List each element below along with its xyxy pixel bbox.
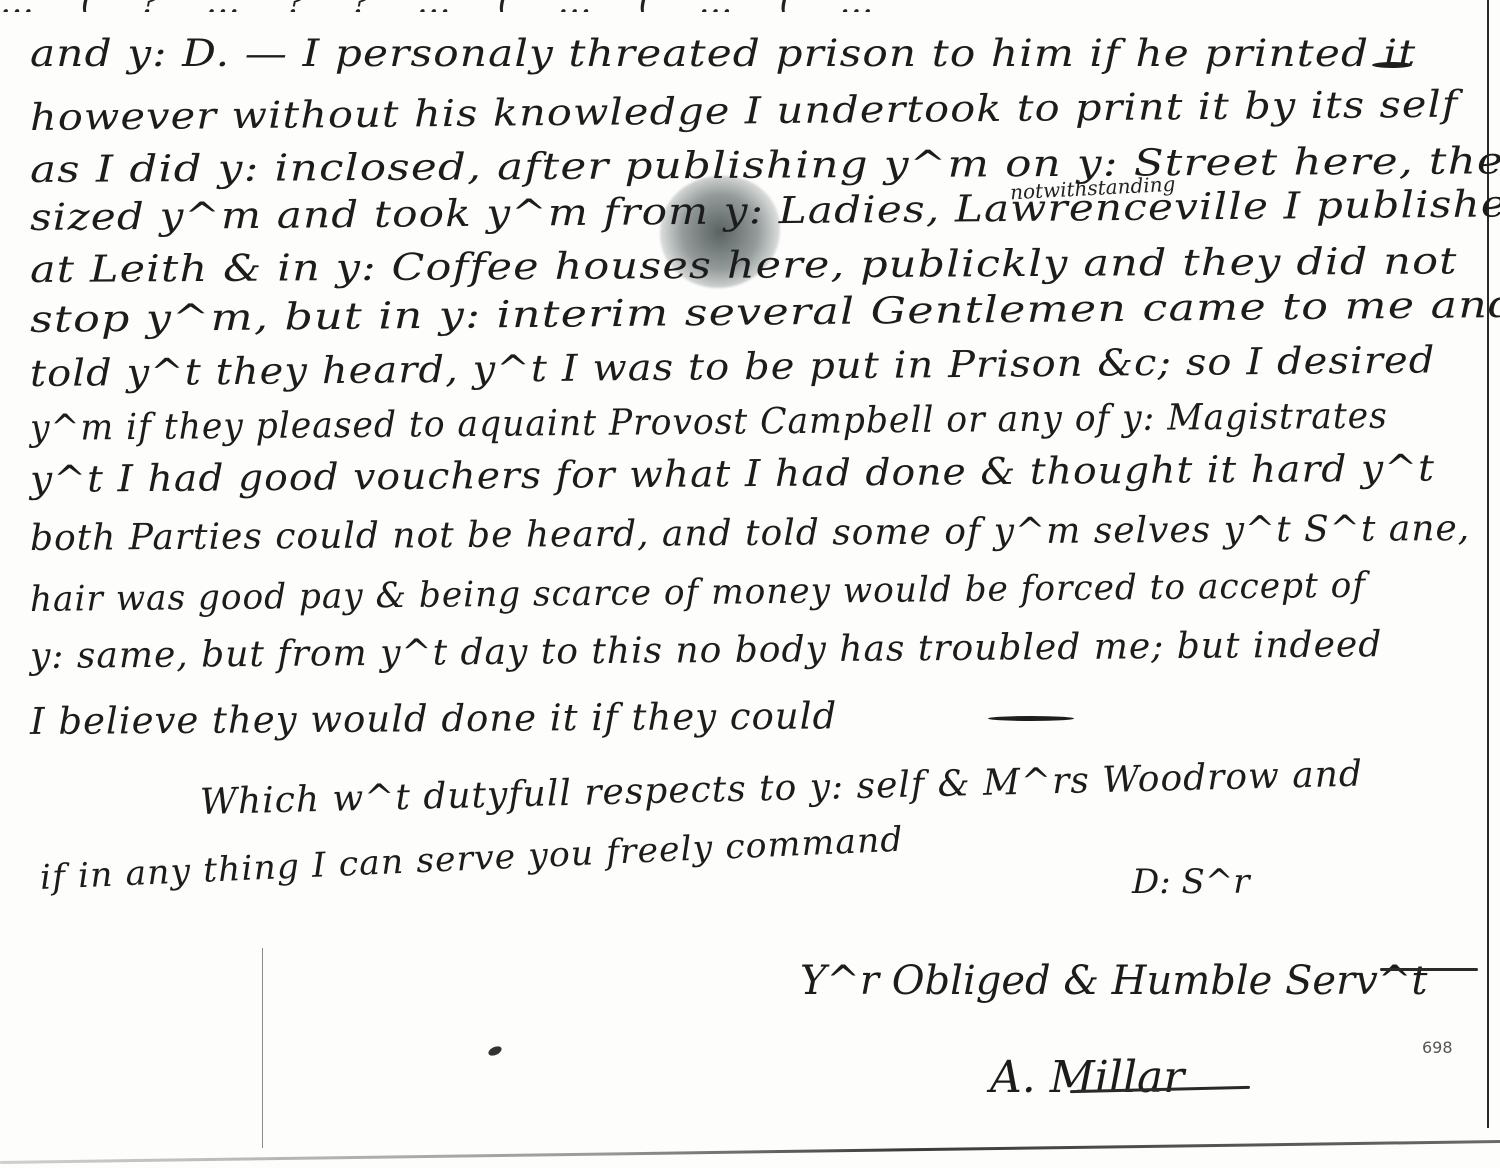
letter-line-12: y: same, but from y^t day to this no bod… bbox=[30, 624, 1383, 677]
cut-off-top-line: … ( ? … ? ? … ( … ( … ( … bbox=[0, 0, 1490, 12]
letter-line-11: hair was good pay & being scarce of mone… bbox=[30, 566, 1366, 620]
closing-line-2: if in any thing I can serve you freely c… bbox=[39, 820, 904, 898]
letter-line-3: as I did y: inclosed, after publishing y… bbox=[30, 139, 1500, 191]
page-bottom-edge bbox=[0, 1140, 1500, 1164]
ink-speck bbox=[487, 1044, 503, 1057]
line-end-flourish bbox=[1372, 62, 1412, 68]
fold-line bbox=[262, 948, 263, 1148]
letter-line-13: I believe they would done it if they cou… bbox=[30, 694, 837, 743]
closing-line-1: Which w^t dutyfull respects to y: self &… bbox=[199, 754, 1363, 823]
valediction: Y^r Obliged & Humble Serv^t bbox=[800, 958, 1427, 1004]
letter-line-10: both Parties could not be heard, and tol… bbox=[30, 508, 1470, 559]
line-end-flourish bbox=[988, 716, 1074, 721]
letter-line-2: however without his knowledge I undertoo… bbox=[30, 83, 1459, 139]
archive-mark: 698 bbox=[1422, 1038, 1453, 1057]
letter-line-4: sized y^m and took y^m from y: Ladies, L… bbox=[30, 181, 1500, 239]
letter-line-1: and y: D. — I personaly threated prison … bbox=[30, 32, 1416, 75]
letter-line-8: y^m if they pleased to aquaint Provost C… bbox=[30, 396, 1388, 449]
letter-page: … ( ? … ? ? … ( … ( … ( … and y: D. — I … bbox=[0, 0, 1500, 1168]
letter-line-9: y^t I had good vouchers for what I had d… bbox=[30, 446, 1435, 501]
salutation-abbrev: D: S^r bbox=[1132, 862, 1250, 902]
signature: A. Millar bbox=[990, 1052, 1184, 1103]
valediction-flourish bbox=[1380, 968, 1478, 971]
letter-line-6: stop y^m, but in y: interim several Gent… bbox=[30, 283, 1500, 341]
letter-line-5: at Leith & in y: Coffee houses here, pub… bbox=[30, 239, 1458, 291]
letter-line-7: told y^t they heard, y^t I was to be put… bbox=[30, 338, 1436, 395]
